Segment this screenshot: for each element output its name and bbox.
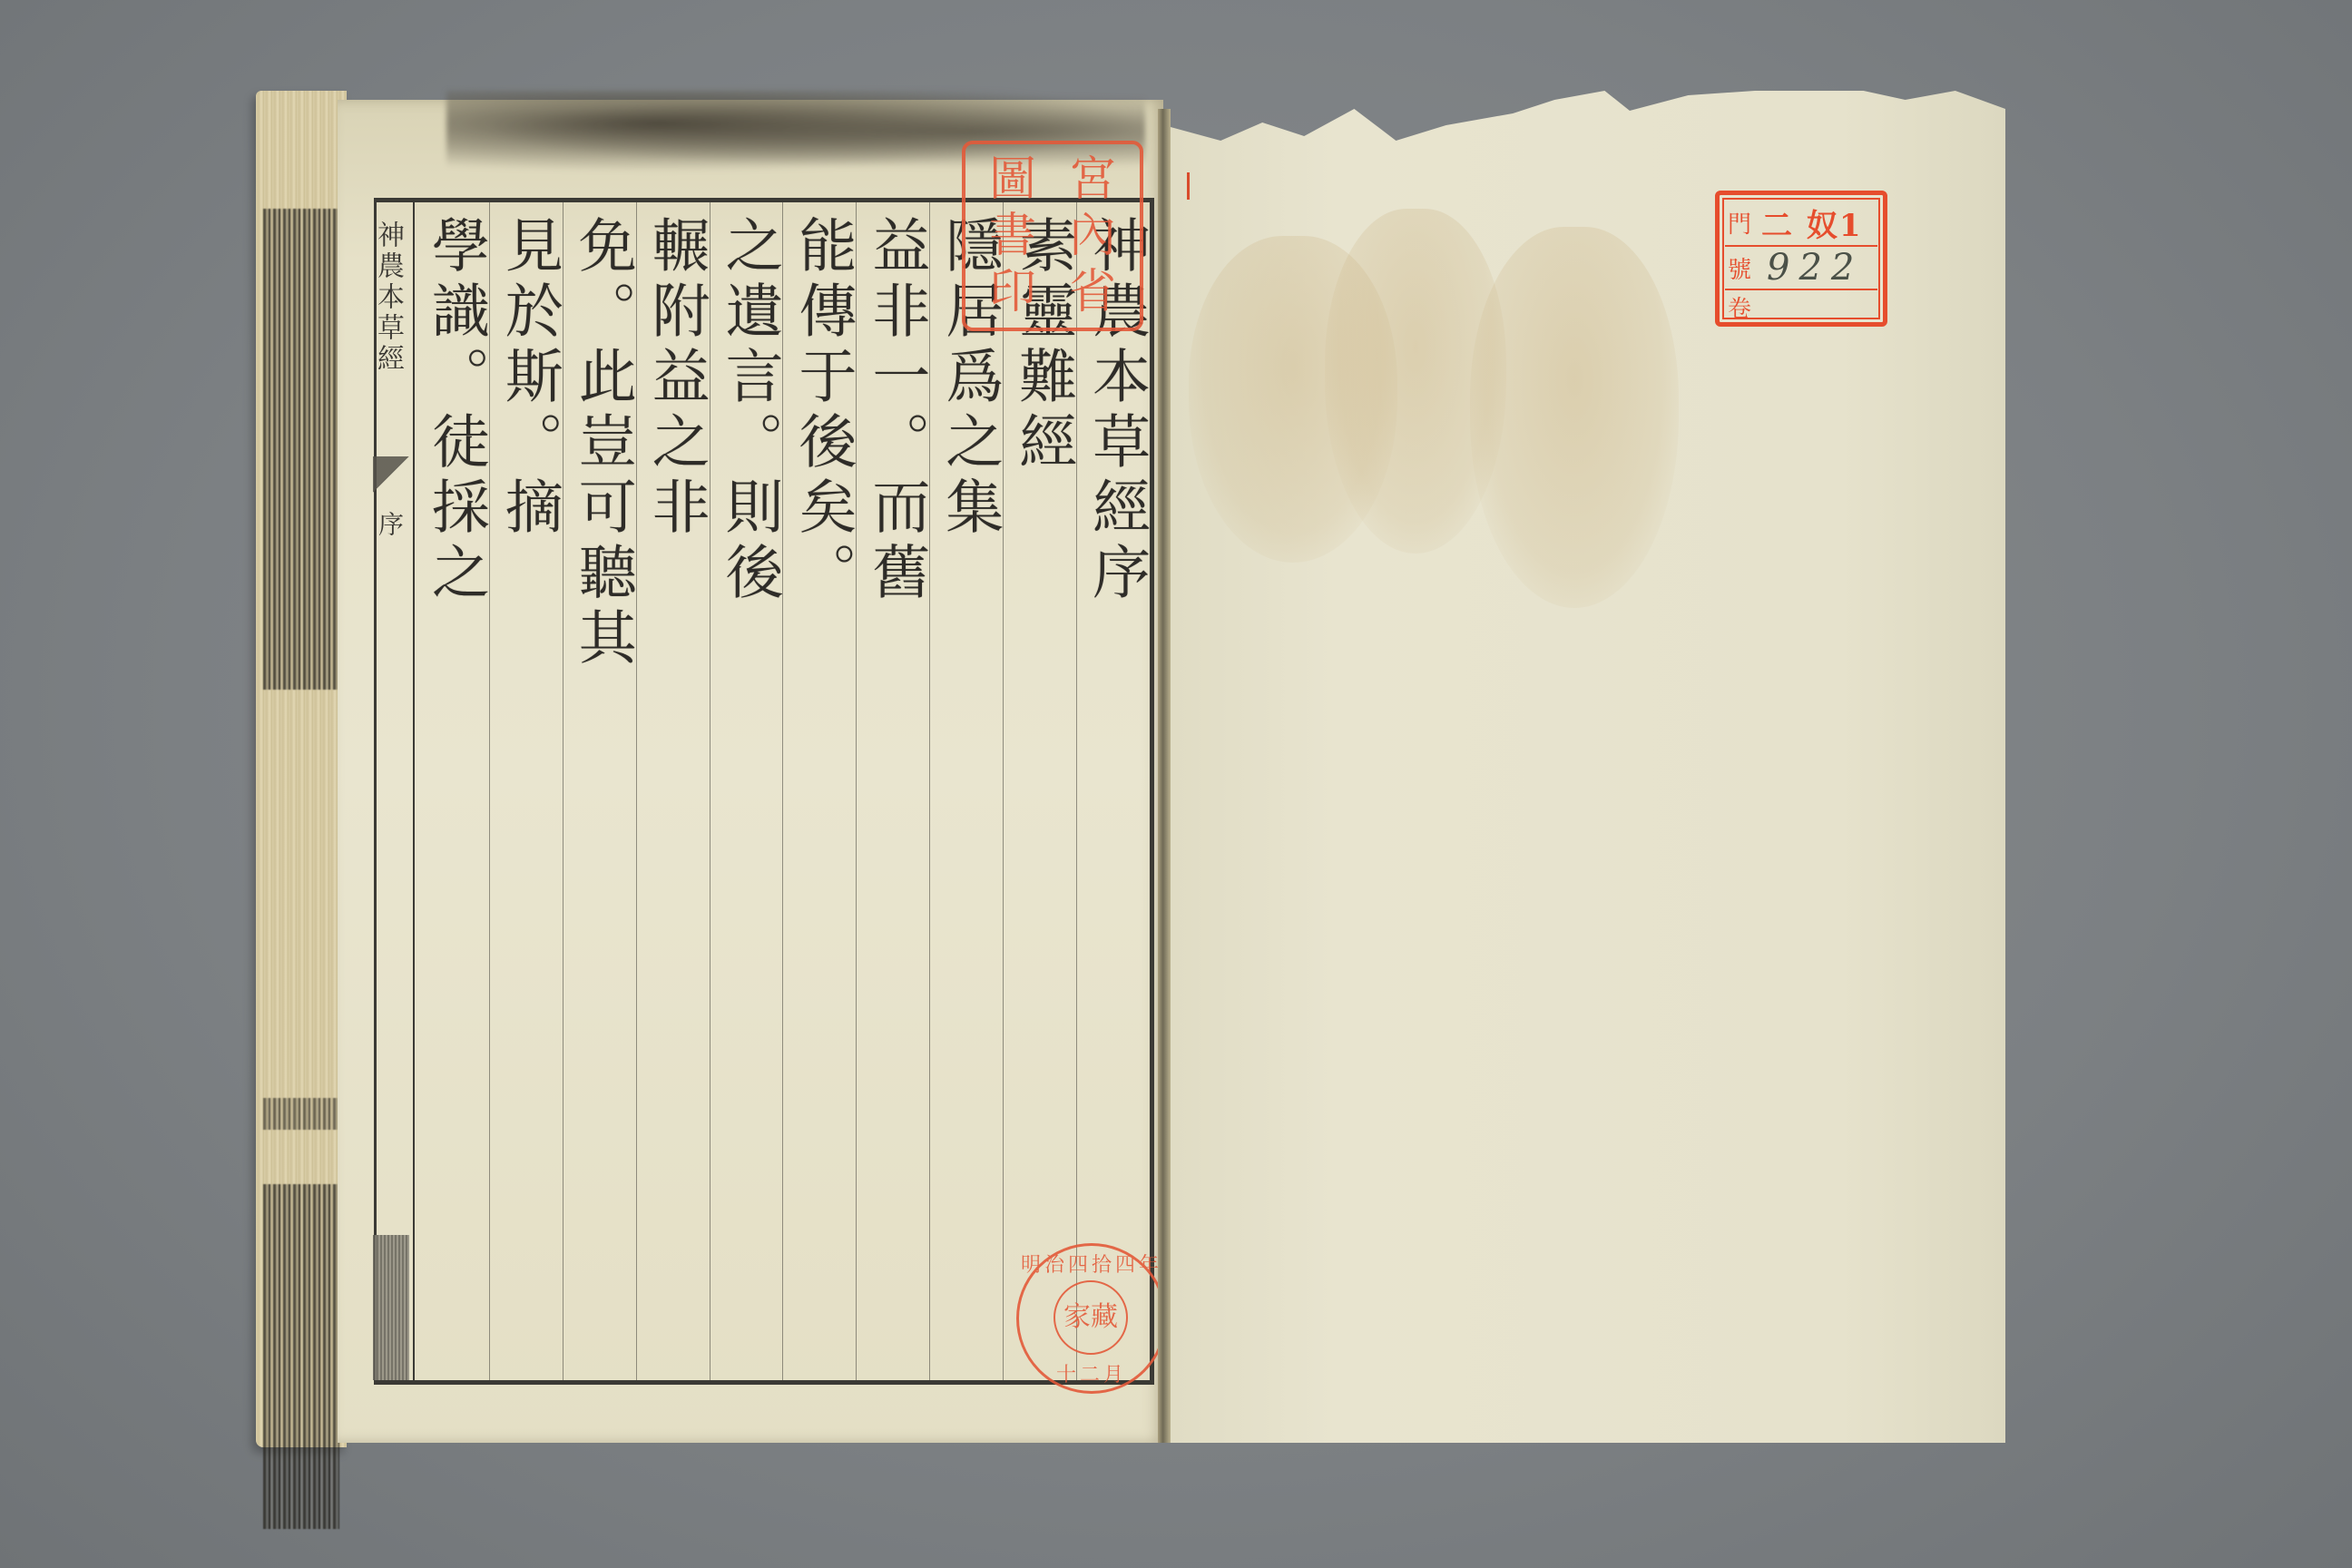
book-fore-edge [256, 91, 347, 1447]
fore-edge-print-bleed [263, 1184, 339, 1529]
text-column: 注。而蘇長史續有新修之撰。爾後轉輾附益非一。而舊 [856, 202, 929, 1380]
banxin-section: 序 [377, 511, 407, 536]
seal-rim-text: 十二月 [1019, 1359, 1164, 1387]
round-date-seal: 明治四拾四年 家藏 十二月 [1016, 1243, 1167, 1394]
text-column: 一。朱墨之相錯。文字譌脫。亦復在所不免。此豈可聽其 [563, 202, 636, 1380]
shelf-row-volume: 卷 [1725, 290, 1877, 324]
shelf-row-label: 門 [1725, 206, 1754, 240]
text-column: 之講藥性之理者。捨此將何從焉。但其轉輾附益之非 [636, 202, 710, 1380]
right-blank-page: 門 二 奴1 號 922 卷 [1171, 91, 2005, 1443]
seal-glyph: 書 [973, 208, 1053, 264]
shelf-row-label: 號 [1725, 251, 1754, 285]
banxin-black-mouth [373, 1235, 409, 1380]
fore-edge-print-bleed [263, 1098, 339, 1130]
text-columns: 神農本草經序 醫經從來鮮有古本。至本草經而極矣。蓋素靈難經 仲景書俱有宋人所校。… [416, 202, 1150, 1380]
column-text: 注。而蘇長史續有新修之撰。爾後轉輾附益非一。而舊 [857, 202, 929, 1380]
column-text: 錄爲編。以收入于醫種子中。然不遠本無學識。徒採之 [416, 202, 489, 1380]
printed-frame: 神農本草經 序 神農本草經序 醫經從來鮮有古本。至本草經而極矣。蓋素靈難經 仲景… [374, 198, 1154, 1385]
column-text: 赭鞭之事。邈乎遠矣。要是往聖識識相因之遺言。則後 [710, 202, 783, 1380]
column-text: 經之文。竟併合于諸家書中。無復專本之能傳于後矣。 [783, 202, 856, 1380]
seal-glyph: 省 [1053, 264, 1132, 320]
text-column: 醫經從來鮮有古本。至本草經而極矣。蓋素靈難經 [1003, 202, 1076, 1380]
text-column: 仲景書俱有宋人所校。如本草經。則自陶隱居爲之集 [929, 202, 1003, 1380]
handwritten-number: 922 [1754, 247, 1877, 289]
red-mark [1187, 172, 1190, 200]
water-stain [1470, 227, 1679, 608]
seal-glyph: 宮 [1053, 152, 1132, 208]
shelf-row-number: 號 922 [1725, 247, 1877, 290]
text-column: 錄爲編。以收入于醫種子中。然不遠本無學識。徒採之 [416, 202, 489, 1380]
seal-center-text: 家藏 [1063, 1303, 1118, 1332]
center-fold-column: 神農本草經 序 [373, 202, 415, 1380]
text-column: 經之文。竟併合于諸家書中。無復專本之能傳于後矣。 [782, 202, 856, 1380]
column-text: 仲景書俱有宋人所校。如本草經。則自陶隱居爲之集 [930, 202, 1003, 1380]
shelf-row-value: 二 奴1 [1754, 201, 1877, 245]
column-text: 沿革而不知所以攷訂之也耶。明盧不遠有見於斯。摘 [490, 202, 563, 1380]
open-book-photo: 神農本草經 序 神農本草經序 醫經從來鮮有古本。至本草經而極矣。蓋素靈難經 仲景… [0, 0, 2352, 1568]
fishtail-mark [373, 456, 409, 493]
seal-glyph: 圖 [973, 152, 1053, 208]
shelf-row-category: 門 二 奴1 [1725, 201, 1877, 247]
square-library-seal: 宮 內 省 圖 書 印 [962, 141, 1143, 331]
seal-center: 家藏 [1053, 1280, 1128, 1355]
shelf-row-label: 卷 [1725, 290, 1754, 324]
seal-rim-text: 明治四拾四年 [1019, 1249, 1164, 1278]
shelf-number-label: 門 二 奴1 號 922 卷 [1715, 191, 1887, 327]
banxin-book-title: 神農本草經 [377, 220, 407, 375]
spine-crease [1158, 109, 1171, 1443]
text-column: 赭鞭之事。邈乎遠矣。要是往聖識識相因之遺言。則後 [710, 202, 783, 1380]
seal-glyph: 印 [973, 264, 1053, 320]
column-text: 一。朱墨之相錯。文字譌脫。亦復在所不免。此豈可聽其 [563, 202, 636, 1380]
seal-glyph: 內 [1053, 208, 1132, 264]
column-text: 之講藥性之理者。捨此將何從焉。但其轉輾附益之非 [637, 202, 710, 1380]
text-column-title: 神農本草經序 [1076, 202, 1150, 1380]
preface-title: 神農本草經序 [1077, 202, 1150, 1380]
text-column: 沿革而不知所以攷訂之也耶。明盧不遠有見於斯。摘 [489, 202, 563, 1380]
fore-edge-print-bleed [263, 209, 339, 690]
column-text: 醫經從來鮮有古本。至本草經而極矣。蓋素靈難經 [1004, 202, 1076, 1380]
